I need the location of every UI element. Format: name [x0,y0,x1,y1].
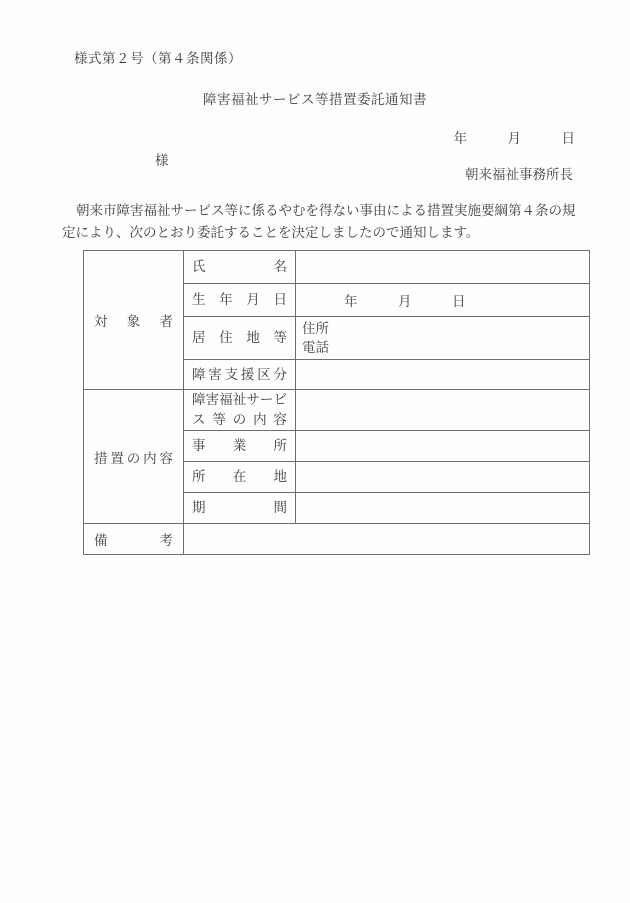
value-residence: 住所 電話 [296,317,590,360]
sender-title: 朝来福祉事務所長 [465,163,573,183]
label-name: 氏名 [184,251,296,284]
label-service: 障害福祉サービス等の内容 [184,390,296,431]
value-office [296,431,590,462]
label-office: 事業所 [184,431,296,462]
value-period [296,493,590,524]
group-label-measure: 措置の内容 [84,390,184,524]
table-row: 措置の内容 障害福祉サービス等の内容 [84,390,590,431]
value-location [296,462,590,493]
label-location: 所在地 [184,462,296,493]
value-remarks [184,524,590,555]
label-birthdate: 生年月日 [184,284,296,317]
table-row: 対象者 氏名 [84,251,590,284]
document-page: 様式第２号（第４条関係） 障害福祉サービス等措置委託通知書 年 月 日 様 朝来… [0,0,630,903]
label-period: 期間 [184,493,296,524]
label-remarks: 備考 [84,524,184,555]
document-title: 障害福祉サービス等措置委託通知書 [0,88,630,108]
form-number: 様式第２号（第４条関係） [74,47,242,67]
residence-phone-line: 電話 [302,338,583,357]
label-residence: 居住地等 [184,317,296,360]
table-row: 備考 [84,524,590,555]
value-support-category [296,360,590,390]
value-name [296,251,590,284]
value-service [296,390,590,431]
label-support-category: 障害支援区分 [184,360,296,390]
residence-address-line: 住所 [302,319,583,338]
group-label-subject: 対象者 [84,251,184,390]
value-birthdate: 年 月 日 [296,284,590,317]
issue-date-placeholder: 年 月 日 [454,127,576,147]
body-paragraph: 朝来市障害福祉サービス等に係るやむを得ない事由による措置実施要綱第４条の規定によ… [62,200,578,244]
addressee-honorific: 様 [155,149,169,169]
notification-table: 対象者 氏名 生年月日 年 月 日 居住地等 住所 電話 障害支援区分 [83,250,590,555]
